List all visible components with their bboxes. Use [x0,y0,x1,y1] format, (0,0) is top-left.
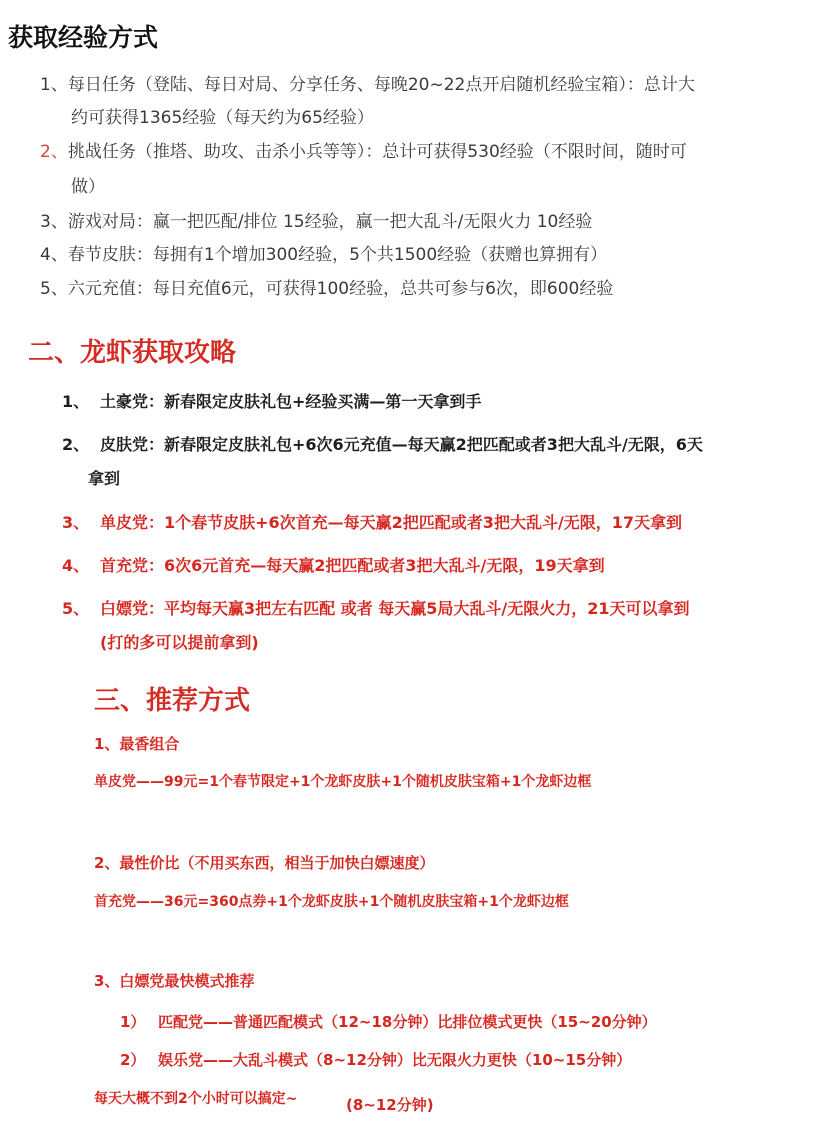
item-text: 皮肤党：新春限定皮肤礼包+6次6元充值—每天赢2把匹配或者3把大乱斗/无限，6天 [100,435,703,454]
section2-item-3: 3、单皮党：1个春节皮肤+6次首充—每天赢2把匹配或者3把大乱斗/无限，17天拿… [62,510,682,533]
item-number: 4、 [62,553,100,576]
section2-item-2-cont: 拿到 [88,466,120,489]
item-number: 2、 [62,432,100,455]
section1-item-5: 5、六元充值：每日充值6元，可获得100经验，总共可参与6次，即600经验 [40,274,613,299]
sub1-detail: 单皮党——99元=1个春节限定+1个龙虾皮肤+1个随机皮肤宝箱+1个龙虾边框 [94,771,591,791]
section2-item-4: 4、首充党：6次6元首充—每天赢2把匹配或者3把大乱斗/无限，19天拿到 [62,553,605,576]
item-text: 挑战任务（推塔、助攻、击杀小兵等等）：总计可获得530经验（不限时间，随时可 [68,142,687,162]
item-text: 土豪党：新春限定皮肤礼包+经验买满—第一天拿到手 [100,392,481,411]
section2-item-5: 5、白嫖党：平均每天赢3把左右匹配 或者 每天赢5局大乱斗/无限火力，21天可以… [62,596,690,619]
item-number: 2） [120,1049,158,1070]
sub3-item-1: 1）匹配党——普通匹配模式（12~18分钟）比排位模式更快（15~20分钟） [120,1011,657,1032]
section1-title: 获取经验方式 [8,18,158,54]
item-text: 游戏对局：赢一把匹配/排位 15经验，赢一把大乱斗/无限火力 10经验 [68,212,593,232]
section3-title: 三、推荐方式 [94,680,250,717]
sub3-footer-note: (8~12分钟) [346,1094,434,1115]
item-number: 3、 [62,510,100,533]
item-number: 1） [120,1011,158,1032]
item-number: 5、 [62,596,100,619]
section2-item-2: 2、皮肤党：新春限定皮肤礼包+6次6元充值—每天赢2把匹配或者3把大乱斗/无限，… [62,432,703,455]
sub1-title: 1、最香组合 [94,733,179,754]
section1-item-1: 1、每日任务（登陆、每日对局、分享任务、每晚20~22点开启随机经验宝箱）：总计… [40,70,695,95]
section2-item-5-cont: (打的多可以提前拿到) [100,630,259,653]
item-text: 每日任务（登陆、每日对局、分享任务、每晚20~22点开启随机经验宝箱）：总计大 [68,75,695,95]
item-text: 首充党：6次6元首充—每天赢2把匹配或者3把大乱斗/无限，19天拿到 [100,556,605,575]
item-number: 1、 [62,389,100,412]
item-text: 春节皮肤：每拥有1个增加300经验，5个共1500经验（获赠也算拥有） [68,245,607,265]
item-number: 4、 [40,245,68,265]
section1-item-1-cont: 约可获得1365经验（每天约为65经验） [71,103,374,128]
item-number: 3、 [40,212,68,232]
sub2-title: 2、最性价比（不用买东西，相当于加快白嫖速度） [94,852,434,873]
sub2-detail: 首充党——36元=360点券+1个龙虾皮肤+1个随机皮肤宝箱+1个龙虾边框 [94,891,569,911]
item-number: 5、 [40,279,68,299]
sub3-footer: 每天大概不到2个小时可以搞定~ [94,1088,297,1108]
item-text: 娱乐党——大乱斗模式（8~12分钟）比无限火力更快（10~15分钟） [158,1051,631,1069]
item-text: 匹配党——普通匹配模式（12~18分钟）比排位模式更快（15~20分钟） [158,1013,657,1031]
section1-item-2-cont: 做） [71,172,105,197]
section2-title: 二、龙虾获取攻略 [28,332,236,369]
section1-item-2: 2、挑战任务（推塔、助攻、击杀小兵等等）：总计可获得530经验（不限时间，随时可 [40,137,687,162]
item-text: 单皮党：1个春节皮肤+6次首充—每天赢2把匹配或者3把大乱斗/无限，17天拿到 [100,513,682,532]
item-text: 六元充值：每日充值6元，可获得100经验，总共可参与6次，即600经验 [68,279,614,299]
item-number: 2、 [40,142,68,162]
section2-item-1: 1、土豪党：新春限定皮肤礼包+经验买满—第一天拿到手 [62,389,481,412]
sub3-title: 3、白嫖党最快模式推荐 [94,970,254,991]
item-text: 白嫖党：平均每天赢3把左右匹配 或者 每天赢5局大乱斗/无限火力，21天可以拿到 [100,599,690,618]
section1-item-3: 3、游戏对局：赢一把匹配/排位 15经验，赢一把大乱斗/无限火力 10经验 [40,207,592,232]
section1-item-4: 4、春节皮肤：每拥有1个增加300经验，5个共1500经验（获赠也算拥有） [40,240,607,265]
item-number: 1、 [40,75,68,95]
sub3-item-2: 2）娱乐党——大乱斗模式（8~12分钟）比无限火力更快（10~15分钟） [120,1049,631,1070]
